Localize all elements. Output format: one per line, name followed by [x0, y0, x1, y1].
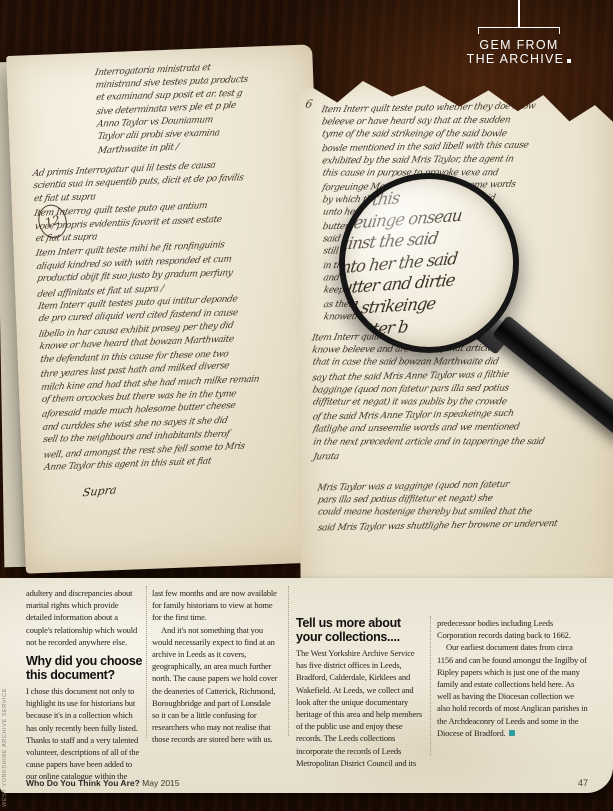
callout-bracket	[478, 27, 560, 34]
magazine-name: Who Do You Think You Are?	[26, 778, 140, 788]
article-column-1: adultery and discrepancies about marital…	[26, 587, 143, 783]
column2-paragraph-2: And it's not something that you would ne…	[152, 624, 279, 746]
article-column-2: last few months and are now available fo…	[152, 587, 279, 746]
manuscript-line: beleeve or have heard say that at the su…	[320, 114, 536, 129]
page-footer: Who Do You Think You Are? May 2015 47	[0, 776, 613, 788]
column1-intro-paragraph: adultery and discrepancies about marital…	[26, 587, 143, 648]
article-text-area: adultery and discrepancies about marital…	[0, 578, 613, 793]
callout-title-line1: GEM FROM	[443, 38, 595, 52]
corner-folio-number: 6	[304, 98, 313, 111]
column2-paragraph-1: last few months and are now available fo…	[152, 587, 279, 624]
column-divider	[288, 586, 289, 736]
article-column-4: predecessor bodies including Leeds Corpo…	[437, 617, 588, 739]
column-divider	[430, 616, 431, 756]
manuscript-left-body-block: Ad primis Interrogatur qui lil tests de …	[32, 159, 262, 475]
column4-paragraph-2-text: Our earliest document dates from circa 1…	[437, 642, 588, 737]
callout-title-line2-text: THE ARCHIVE	[467, 52, 565, 66]
manuscript-left-writing: 12 Interrogatoria ministrata etministran…	[6, 44, 332, 573]
column4-paragraph-2: Our earliest document dates from circa 1…	[437, 641, 588, 739]
magnifier-lens: me in thisorgeuinge onseaugainst the sai…	[339, 173, 519, 353]
manuscript-line: exhibited by the said Mris Taylor, the a…	[321, 153, 537, 168]
article-end-square-icon	[509, 730, 515, 736]
column3-body-paragraph: The West Yorkshire Archive Service has f…	[296, 647, 425, 769]
callout-stem-line	[518, 0, 520, 27]
manuscript-right-bottom-block: Mris Taylor was a vagginge (quod non fat…	[317, 479, 556, 534]
manuscript-line: said Mris Taylor was shuttlighe her brow…	[316, 518, 558, 536]
manuscript-left-end-word: Supra	[82, 483, 118, 499]
column-divider	[146, 586, 147, 738]
column1-body-paragraph: I chose this document not only to highli…	[26, 685, 143, 783]
callout-end-square-icon	[567, 59, 571, 63]
why-did-you-choose-heading: Why did you choose this document?	[26, 655, 143, 682]
page-number: 47	[578, 778, 588, 788]
article-column-3: Tell us more about your collections.... …	[296, 617, 425, 769]
column4-paragraph-1: predecessor bodies including Leeds Corpo…	[437, 617, 588, 641]
photo-credit: WEST YORKSHIRE ARCHIVE SERVICE	[2, 688, 8, 807]
issue-date: May 2015	[140, 778, 180, 788]
magnified-text-block: me in thisorgeuinge onseaugainst the sai…	[339, 178, 519, 342]
manuscript-line: flatlighe and unseemlie words and we men…	[312, 422, 546, 438]
gem-from-archive-callout: GEM FROM THE ARCHIVE	[443, 0, 595, 66]
tell-us-more-heading: Tell us more about your collections....	[296, 617, 425, 644]
magazine-page: { "header": { "line1": "GEM FROM", "line…	[0, 0, 613, 811]
manuscript-left-heading-block: Interrogatoria ministrata etministrand s…	[95, 61, 251, 158]
callout-title-line2: THE ARCHIVE	[443, 52, 595, 66]
manuscript-left-page: 12 Interrogatoria ministrata etministran…	[6, 44, 332, 573]
magazine-title-footer: Who Do You Think You Are? May 2015	[26, 778, 180, 788]
